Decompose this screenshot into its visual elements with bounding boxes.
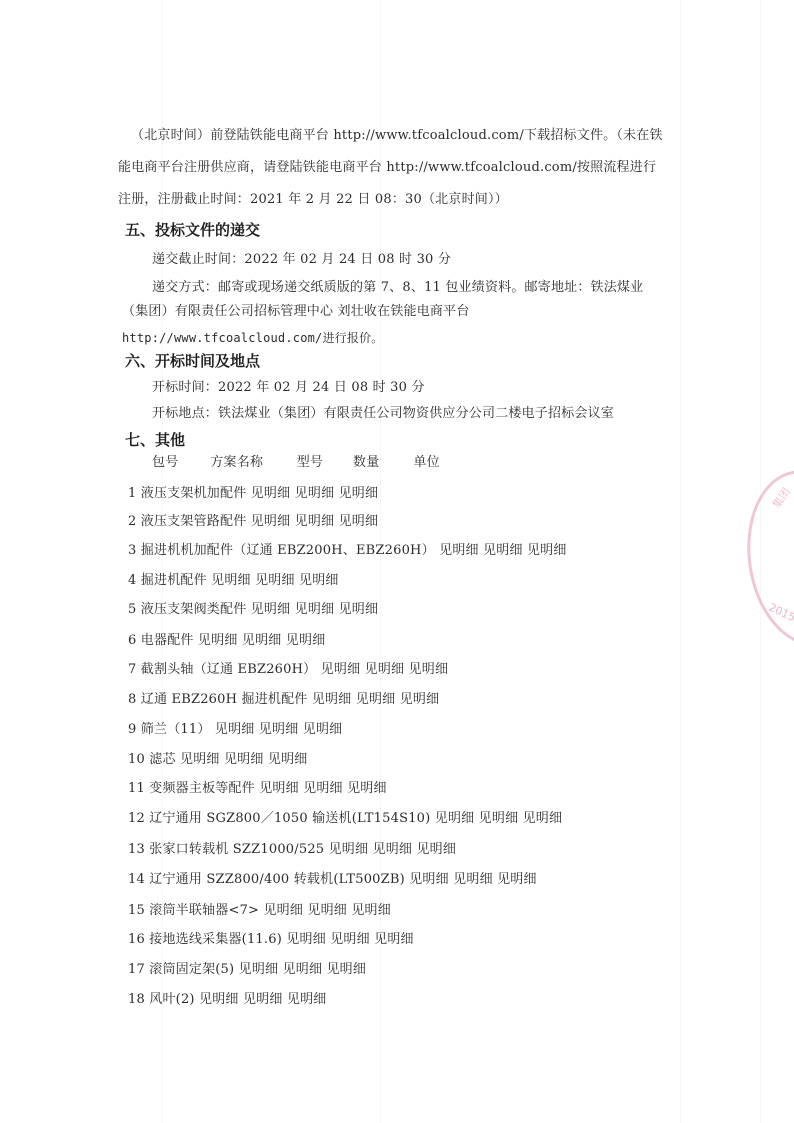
list-item: 11 变频器主板等配件 见明细 见明细 见明细 xyxy=(128,781,387,797)
opening-place: 开标地点：铁法煤业（集团）有限责任公司物资供应分公司二楼电子招标会议室 xyxy=(152,406,614,422)
list-item: 4 掘进机配件 见明细 见明细 见明细 xyxy=(128,573,339,589)
list-item: 1 液压支架机加配件 见明细 见明细 见明细 xyxy=(128,486,378,502)
section-6-title: 六、开标时间及地点 xyxy=(125,352,260,370)
column-package-no: 包号 xyxy=(152,455,206,471)
list-item: 12 辽宁通用 SGZ800／1050 输送机(LT154S10) 见明细 见明… xyxy=(128,811,562,827)
list-item: 17 滚筒固定架(5) 见明细 见明细 见明细 xyxy=(128,962,366,978)
list-item: 10 滤芯 见明细 见明细 见明细 xyxy=(128,752,307,768)
list-item: 3 掘进机机加配件（辽通 EBZ200H、EBZ260H） 见明细 见明细 见明… xyxy=(128,543,567,559)
intro-line-1: （北京时间）前登陆铁能电商平台 http://www.tfcoalcloud.c… xyxy=(131,128,663,144)
list-item: 6 电器配件 见明细 见明细 见明细 xyxy=(128,633,325,649)
submission-deadline: 递交截止时间：2022 年 02 月 24 日 08 时 30 分 xyxy=(152,252,451,268)
submission-method-3: http://www.tfcoalcloud.com/进行报价。 xyxy=(122,330,383,346)
list-item: 13 张家口转载机 SZZ1000/525 见明细 见明细 见明细 xyxy=(128,842,456,858)
intro-line-3: 注册，注册截止时间：2021 年 2 月 22 日 08：30（北京时间）） xyxy=(118,192,508,208)
scan-artifact xyxy=(680,0,681,1123)
section-5-title: 五、投标文件的递交 xyxy=(125,221,260,239)
list-item: 8 辽通 EBZ260H 掘进机配件 见明细 见明细 见明细 xyxy=(128,692,439,708)
list-item: 15 滚筒半联轴器<7> 见明细 见明细 见明细 xyxy=(128,903,391,919)
list-item: 7 截割头轴（辽通 EBZ260H） 见明细 见明细 见明细 xyxy=(128,662,448,678)
list-item: 5 液压支架阀类配件 见明细 见明细 见明细 xyxy=(128,602,378,618)
list-item: 18 风叶(2) 见明细 见明细 见明细 xyxy=(128,992,327,1008)
column-scheme-name: 方案名称 xyxy=(210,455,292,471)
list-item: 16 接地选线采集器(11.6) 见明细 见明细 见明细 xyxy=(128,932,414,948)
list-item: 2 液压支架管路配件 见明细 见明细 见明细 xyxy=(128,514,378,530)
column-quantity: 数量 xyxy=(353,455,409,471)
intro-line-2: 能电商平台注册供应商，请登陆铁能电商平台 http://www.tfcoalcl… xyxy=(118,160,656,176)
column-unit: 单位 xyxy=(413,455,439,471)
opening-time: 开标时间：2022 年 02 月 24 日 08 时 30 分 xyxy=(152,380,425,396)
submission-method-1: 递交方式：邮寄或现场递交纸质版的第 7、8、11 包业绩资料。邮寄地址：铁法煤业 xyxy=(152,280,643,296)
list-item: 9 筛兰（11） 见明细 见明细 见明细 xyxy=(128,722,342,738)
column-model: 型号 xyxy=(297,455,349,471)
list-item: 14 辽宁通用 SZZ800/400 转载机(LT500ZB) 见明细 见明细 … xyxy=(128,872,537,888)
section-7-title: 七、其他 xyxy=(125,431,185,449)
submission-method-2: （集团）有限责任公司招标管理中心 刘壮收在铁能电商平台 xyxy=(122,304,470,320)
table-header: 包号 方案名称 型号 数量 单位 xyxy=(152,455,440,471)
